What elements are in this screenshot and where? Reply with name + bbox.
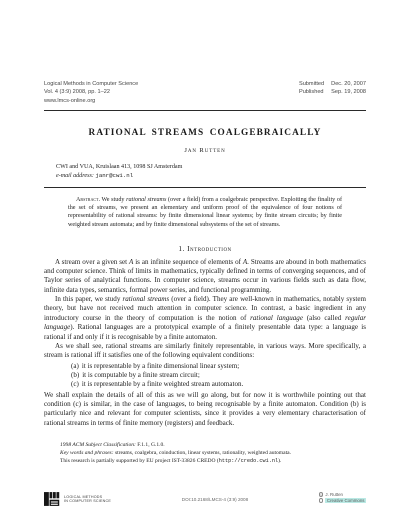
list-item-text: it is representable by a finite weighted… — [82, 380, 243, 388]
list-item-label: (c) — [71, 380, 79, 388]
abstract-label: Abstract. — [76, 197, 100, 203]
paper-page: Logical Methods in Computer Science Vol.… — [0, 0, 400, 466]
lmcs-logo-line2: IN COMPUTER SCIENCE — [64, 499, 111, 503]
journal-name: Logical Methods in Computer Science — [44, 80, 138, 88]
list-item-text: it is computable by a finite stream circ… — [82, 371, 200, 379]
title-block-rule — [44, 187, 366, 188]
submitted-label: Submitted — [299, 80, 324, 88]
paragraph-2: In this paper, we study rational streams… — [44, 295, 366, 342]
list-item: (a)it is representable by a finite dimen… — [71, 362, 366, 371]
footnotes: 1998 ACM Subject Classification: F.1.1, … — [55, 442, 366, 466]
abstract-text: We study rational streams (over a field)… — [68, 197, 342, 227]
lmcs-logo-icon — [44, 492, 62, 506]
cc-person-icon — [319, 498, 324, 503]
doi-text: DOI:10.2168/LMCS-4 (3:9) 2008 — [182, 497, 248, 502]
conditions-list: (a)it is representable by a finite dimen… — [44, 362, 366, 390]
license-block: © J. Rutten Creative Commons — [319, 492, 366, 504]
email-line[interactable]: e-mail address: janr@cwi.nl — [56, 172, 366, 179]
paragraph-1: A stream over a given set A is an infini… — [44, 258, 366, 295]
paper-title: RATIONAL STREAMS COALGEBRAICALLY — [44, 128, 366, 138]
list-item: (c)it is representable by a finite weigh… — [71, 380, 366, 389]
list-item-label: (a) — [71, 362, 79, 370]
copyright-name: J. Rutten — [325, 492, 343, 497]
published-label: Published — [299, 88, 324, 96]
journal-header: Logical Methods in Computer Science Vol.… — [44, 80, 366, 105]
lmcs-logo: LOGICAL METHODS IN COMPUTER SCIENCE — [44, 492, 111, 506]
list-item-label: (b) — [71, 371, 79, 379]
cc-link[interactable]: Creative Commons — [325, 498, 366, 503]
paragraph-3: As we shall see, rational streams are si… — [44, 342, 366, 361]
footnote-acm-classification: 1998 ACM Subject Classification: F.1.1, … — [55, 442, 366, 450]
submission-dates: Submitted Dec. 20, 2007 Published Sep. 1… — [299, 80, 366, 97]
list-item-text: it is representable by a finite dimensio… — [82, 362, 239, 370]
copyright-row: © J. Rutten — [319, 492, 366, 497]
footer-bar: LOGICAL METHODS IN COMPUTER SCIENCE DOI:… — [44, 492, 366, 506]
body-text: A stream over a given set A is an infini… — [44, 258, 366, 428]
copyright-icon: © — [319, 492, 324, 497]
submitted-date: Dec. 20, 2007 — [331, 80, 366, 88]
section-heading: 1. Introduction — [44, 244, 366, 253]
footnote-keywords: Key words and phrases: streams, coalgebr… — [55, 450, 366, 458]
journal-info: Logical Methods in Computer Science Vol.… — [44, 80, 138, 105]
lmcs-logo-text: LOGICAL METHODS IN COMPUTER SCIENCE — [64, 495, 111, 504]
affiliation: CWI and VUA, Kruislaan 413, 1098 SJ Amst… — [56, 164, 366, 170]
list-item: (b)it is computable by a finite stream c… — [71, 371, 366, 380]
abstract: Abstract. We study rational streams (ove… — [68, 196, 342, 229]
paragraph-4: We shall explain the details of all of t… — [44, 391, 366, 428]
journal-url-link[interactable]: www.lmcs-online.org — [44, 97, 138, 105]
header-rule — [44, 110, 366, 111]
published-date: Sep. 19, 2008 — [331, 88, 366, 96]
journal-volume: Vol. 4 (3:9) 2008, pp. 1–22 — [44, 88, 138, 96]
footnote-funding[interactable]: This research is partially supported by … — [55, 458, 366, 466]
cc-row: Creative Commons — [319, 498, 366, 503]
author-name: Jan Rutten — [44, 147, 366, 154]
